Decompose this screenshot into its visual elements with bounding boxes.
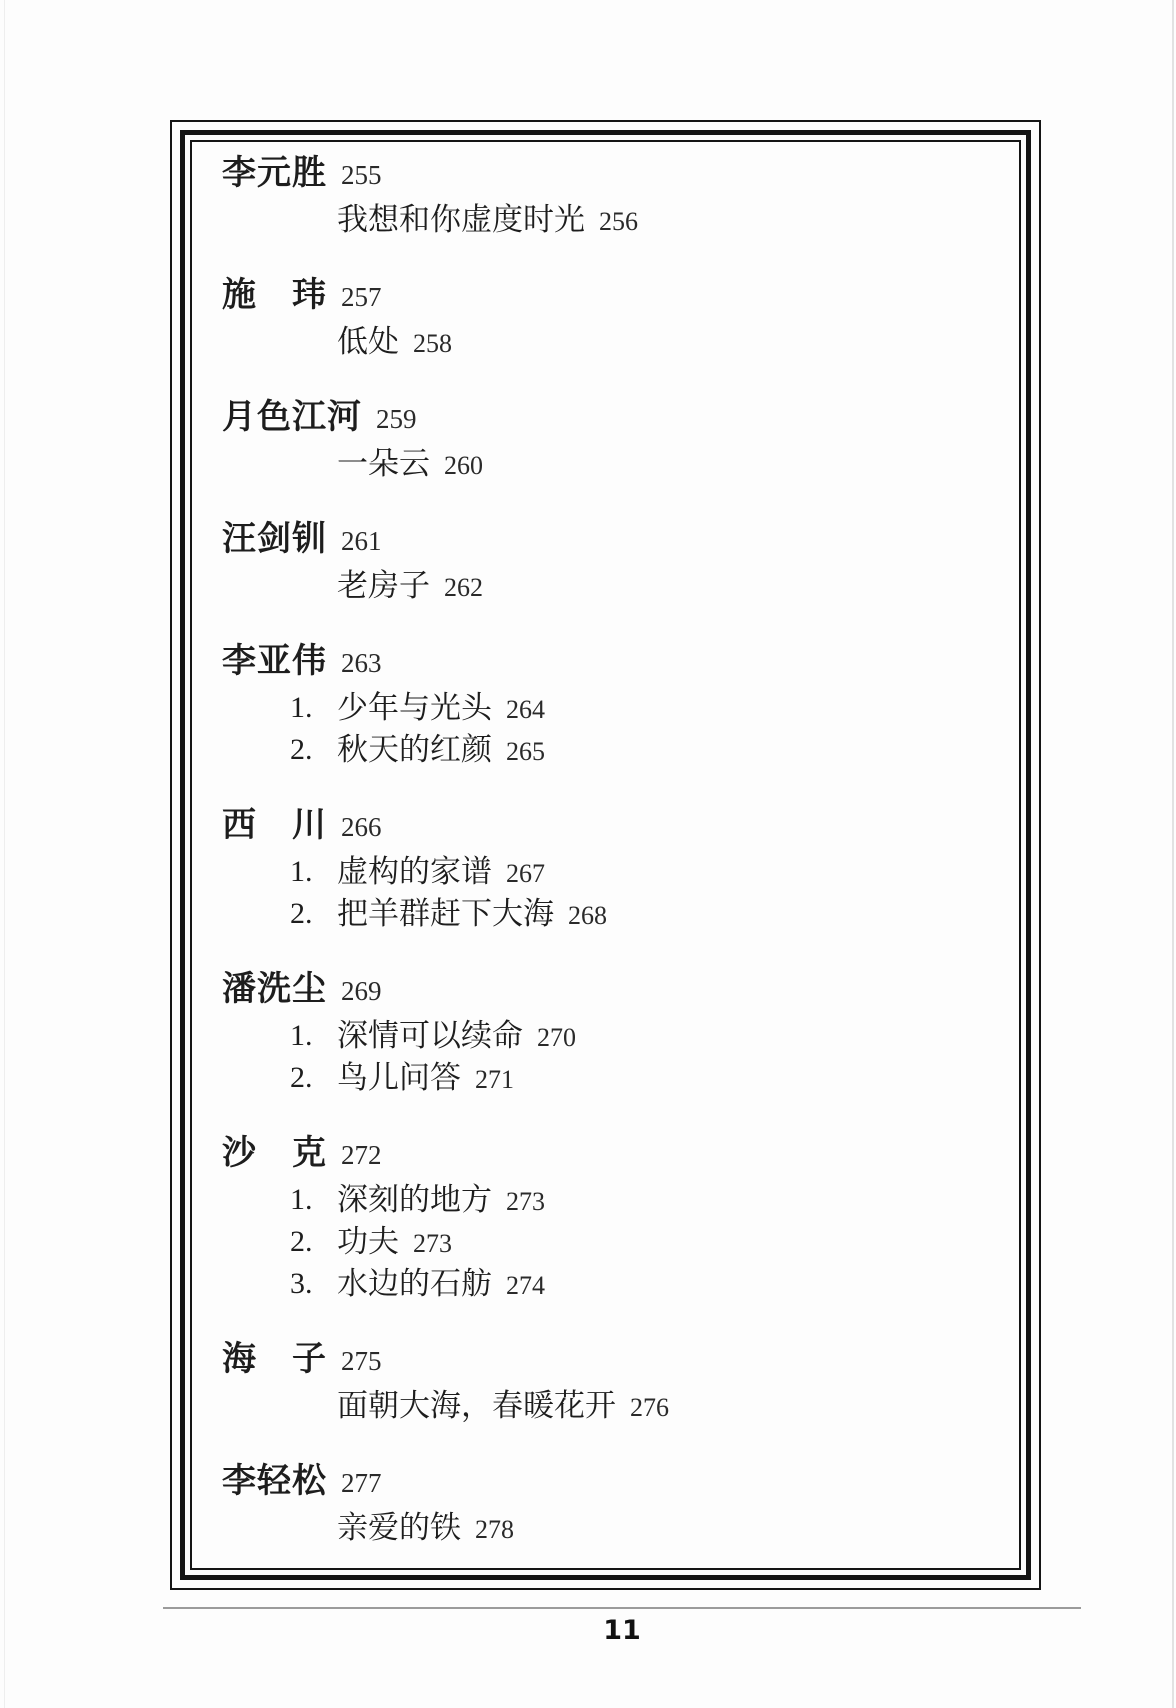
toc-entry: 李元胜 255 我想和你虚度时光 256	[222, 152, 1019, 244]
item-number: 2.	[290, 1224, 313, 1260]
author-page-number: 272	[341, 1140, 382, 1170]
poem-page-number: 278	[475, 1515, 514, 1544]
author-name: 汪剑钏	[222, 521, 327, 558]
author-page-number: 266	[341, 812, 382, 842]
author-name: 李元胜	[222, 155, 327, 192]
poem-title: 深情可以续命	[337, 1018, 523, 1053]
poem-page-number: 274	[506, 1271, 545, 1300]
author-page-number: 269	[341, 976, 382, 1006]
decorative-frame-inner-rule: 李元胜 255 我想和你虚度时光 256 施 玮 257 低处 258 月色江河…	[190, 140, 1021, 1570]
poem-page-number: 268	[568, 901, 607, 930]
author-name: 月色江河	[222, 399, 362, 436]
author-name: 李亚伟	[222, 643, 327, 680]
toc-item-line: 面朝大海，春暖花开 276	[222, 1388, 1019, 1430]
toc-author-line: 沙 克 272	[222, 1132, 1019, 1182]
poem-page-number: 276	[630, 1393, 669, 1422]
poem-title: 少年与光头	[337, 690, 492, 725]
author-page-number: 257	[341, 282, 382, 312]
item-number: 2.	[290, 896, 313, 932]
author-page-number: 277	[341, 1468, 382, 1498]
toc-item-line: 1. 深情可以续命 270	[222, 1018, 1019, 1060]
author-name: 潘洗尘	[222, 971, 327, 1008]
toc-item-line: 2. 把羊群赶下大海 268	[222, 896, 1019, 938]
scan-edge-artifact-left	[4, 0, 5, 1708]
poem-page-number: 270	[537, 1023, 576, 1052]
toc-item-line: 亲爱的铁 278	[222, 1510, 1019, 1552]
poem-title: 我想和你虚度时光	[337, 202, 585, 237]
scanned-book-page: { "page": { "number": "11" }, "toc": { "…	[0, 0, 1176, 1708]
author-page-number: 261	[341, 526, 382, 556]
poem-title: 秋天的红颜	[337, 732, 492, 767]
toc-item-line: 一朵云 260	[222, 446, 1019, 488]
toc-entry: 施 玮 257 低处 258	[222, 274, 1019, 366]
page-number: 11	[163, 1614, 1081, 1648]
poem-page-number: 264	[506, 695, 545, 724]
toc-item-line: 1. 虚构的家谱 267	[222, 854, 1019, 896]
poem-page-number: 273	[413, 1229, 452, 1258]
toc-author-line: 施 玮 257	[222, 274, 1019, 324]
poem-page-number: 265	[506, 737, 545, 766]
author-page-number: 263	[341, 648, 382, 678]
toc-entry: 潘洗尘 269 1. 深情可以续命 270 2. 鸟儿问答 271	[222, 968, 1019, 1102]
author-page-number: 275	[341, 1346, 382, 1376]
decorative-frame-middle-rule: 李元胜 255 我想和你虚度时光 256 施 玮 257 低处 258 月色江河…	[180, 130, 1031, 1580]
poem-title: 亲爱的铁	[337, 1510, 461, 1545]
toc-item-line: 老房子 262	[222, 568, 1019, 610]
toc-entry: 李轻松 277 亲爱的铁 278	[222, 1460, 1019, 1552]
poem-title: 低处	[337, 324, 399, 359]
toc-item-line: 1. 深刻的地方 273	[222, 1182, 1019, 1224]
author-name: 施 玮	[222, 277, 327, 314]
toc-item-line: 2. 秋天的红颜 265	[222, 732, 1019, 774]
author-name: 李轻松	[222, 1463, 327, 1500]
item-number: 2.	[290, 732, 313, 768]
item-number: 2.	[290, 1060, 313, 1096]
toc-entry: 西 川 266 1. 虚构的家谱 267 2. 把羊群赶下大海 268	[222, 804, 1019, 938]
poem-page-number: 271	[475, 1065, 514, 1094]
item-number: 1.	[290, 1182, 313, 1218]
poem-title: 老房子	[337, 568, 430, 603]
toc-item-line: 低处 258	[222, 324, 1019, 366]
footer-divider	[163, 1607, 1081, 1609]
toc-entry: 月色江河 259 一朵云 260	[222, 396, 1019, 488]
author-name: 海 子	[222, 1341, 327, 1378]
toc-author-line: 月色江河 259	[222, 396, 1019, 446]
item-number: 1.	[290, 1018, 313, 1054]
author-name: 西 川	[222, 807, 327, 844]
decorative-frame: 李元胜 255 我想和你虚度时光 256 施 玮 257 低处 258 月色江河…	[170, 120, 1041, 1590]
poem-page-number: 267	[506, 859, 545, 888]
author-page-number: 255	[341, 160, 382, 190]
toc-author-line: 李元胜 255	[222, 152, 1019, 202]
table-of-contents: 李元胜 255 我想和你虚度时光 256 施 玮 257 低处 258 月色江河…	[192, 142, 1019, 1552]
toc-item-line: 3. 水边的石舫 274	[222, 1266, 1019, 1308]
toc-entry: 汪剑钏 261 老房子 262	[222, 518, 1019, 610]
toc-author-line: 西 川 266	[222, 804, 1019, 854]
toc-item-line: 1. 少年与光头 264	[222, 690, 1019, 732]
poem-page-number: 273	[506, 1187, 545, 1216]
toc-author-line: 李轻松 277	[222, 1460, 1019, 1510]
poem-page-number: 262	[444, 573, 483, 602]
toc-entry: 李亚伟 263 1. 少年与光头 264 2. 秋天的红颜 265	[222, 640, 1019, 774]
toc-entry: 沙 克 272 1. 深刻的地方 273 2. 功夫 273 3. 水边的石舫 …	[222, 1132, 1019, 1308]
poem-title: 把羊群赶下大海	[337, 896, 554, 931]
scan-edge-artifact-right	[1172, 0, 1174, 1708]
poem-page-number: 260	[444, 451, 483, 480]
toc-author-line: 海 子 275	[222, 1338, 1019, 1388]
toc-item-line: 2. 鸟儿问答 271	[222, 1060, 1019, 1102]
toc-author-line: 汪剑钏 261	[222, 518, 1019, 568]
item-number: 1.	[290, 854, 313, 890]
toc-item-line: 我想和你虚度时光 256	[222, 202, 1019, 244]
poem-title: 面朝大海，春暖花开	[337, 1388, 616, 1423]
item-number: 1.	[290, 690, 313, 726]
item-number: 3.	[290, 1266, 313, 1302]
toc-author-line: 潘洗尘 269	[222, 968, 1019, 1018]
author-page-number: 259	[376, 404, 417, 434]
poem-title: 一朵云	[337, 446, 430, 481]
poem-page-number: 256	[599, 207, 638, 236]
author-name: 沙 克	[222, 1135, 327, 1172]
poem-title: 鸟儿问答	[337, 1060, 461, 1095]
toc-entry: 海 子 275 面朝大海，春暖花开 276	[222, 1338, 1019, 1430]
poem-title: 虚构的家谱	[337, 854, 492, 889]
toc-item-line: 2. 功夫 273	[222, 1224, 1019, 1266]
toc-author-line: 李亚伟 263	[222, 640, 1019, 690]
poem-title: 水边的石舫	[337, 1266, 492, 1301]
poem-title: 功夫	[337, 1224, 399, 1259]
poem-title: 深刻的地方	[337, 1182, 492, 1217]
poem-page-number: 258	[413, 329, 452, 358]
